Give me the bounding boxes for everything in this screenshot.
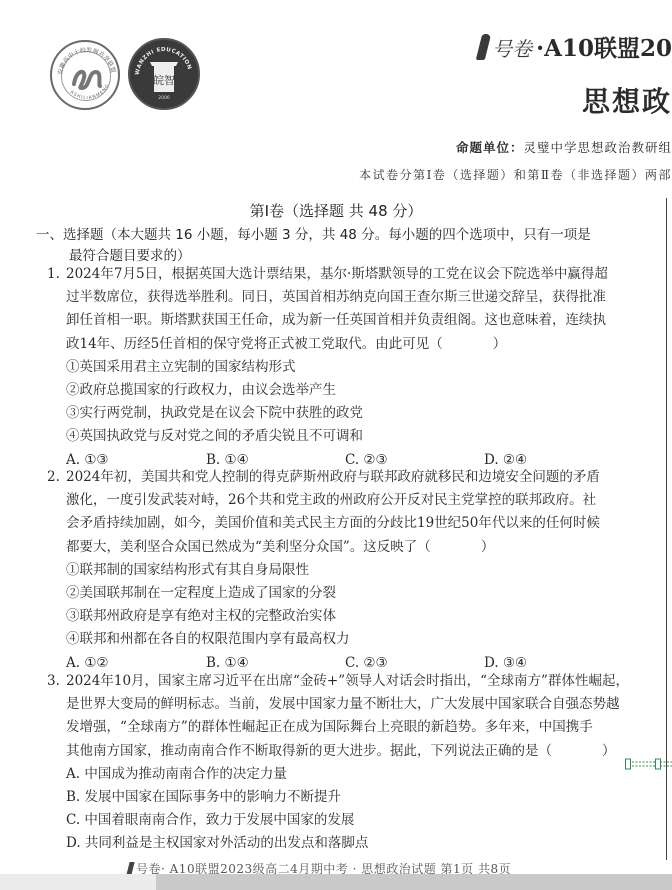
- svg-text:皖智: 皖智: [153, 73, 175, 87]
- statement-2: ②政府总揽国家的行政权力，由议会选举产生: [66, 379, 627, 402]
- svg-text:安徽高中十校发展共享联盟: 安徽高中十校发展共享联盟: [56, 46, 118, 76]
- statement-1: ①联邦制的国家结构形式有其自身局限性: [66, 559, 627, 582]
- question-text-line: 是世界大变局的鲜明标志。当前，发展中国家力量不断壮大，广大发展中国家联合自强态势…: [66, 693, 627, 716]
- setter-unit: 命题单位：灵璧中学思想政治教研组: [456, 138, 672, 156]
- paper-structure-note: 本试卷分第Ⅰ卷（选择题）和第Ⅱ卷（非选择题）两部: [359, 166, 672, 183]
- resize-handle-icon[interactable]: [625, 758, 672, 770]
- close-paren: ）: [481, 539, 495, 555]
- question-text-line: 会矛盾持续加剧，如今，美国价值和美式民主方面的分歧比19世纪50年代以来的任何时…: [66, 512, 627, 535]
- bottom-bar-left: [0, 874, 156, 890]
- statement-4: ④英国执政党与反对党之间的矛盾尖锐且不可调和: [66, 425, 627, 448]
- close-paren: ）: [493, 336, 507, 352]
- question-stem-end: 政14年、历经5任首相的保守党将正式被工党取代。由此可见（: [66, 336, 443, 352]
- horizontal-scrollbar[interactable]: [156, 874, 672, 890]
- statement-3: ③联邦州政府是享有绝对主权的完整政治实体: [66, 605, 627, 628]
- statement-3: ③实行两党制，执政党是在议会下院中获胜的政党: [66, 402, 627, 425]
- setter-unit-label: 命题单位：: [456, 140, 524, 155]
- question-text-line: 2024年初，美国共和党人控制的得克萨斯州政府与联邦政府就移民和边境安全问题的矛…: [66, 466, 627, 489]
- question-number: 2.: [47, 466, 60, 489]
- question-2: 2. 2024年初，美国共和党人控制的得克萨斯州政府与联邦政府就移民和边境安全问…: [47, 466, 627, 675]
- svg-text:2006: 2006: [158, 95, 170, 101]
- question-number: 1.: [47, 263, 60, 286]
- question-text-line: 2024年7月5日，根据英国大选计票结果，基尔·斯塔默领导的工党在议会下院选举中…: [66, 263, 627, 286]
- option-d[interactable]: D. 共同利益是主权国家对外活动的出发点和落脚点: [66, 832, 627, 855]
- instructions-line-1: 一、选择题（本大题共 16 小题，每小题 3 分，共 48 分。每小题的四个选项…: [36, 227, 591, 243]
- option-a[interactable]: A. 中国成为推动南南合作的决定力量: [66, 763, 627, 786]
- option-b[interactable]: B. 发展中国家在国际事务中的影响力不断提升: [66, 786, 627, 809]
- section-instructions: 一、选择题（本大题共 16 小题，每小题 3 分，共 48 分。每小题的四个选项…: [36, 225, 626, 267]
- question-text-line: 都要大，美利坚合众国已然成为“美利坚分众国”。这反映了（）: [66, 536, 627, 559]
- question-1: 1. 2024年7月5日，根据英国大选计票结果，基尔·斯塔默领导的工党在议会下院…: [47, 263, 627, 472]
- brand-title-text: ·A10联盟20: [536, 35, 672, 62]
- statement-2: ②美国联邦制在一定程度上造成了国家的分裂: [66, 582, 627, 605]
- wanzhi-emblem-icon: WANZHI EDUCATION 皖智 2006: [130, 40, 198, 108]
- volume-title: 第Ⅰ卷（选择题 共 48 分）: [0, 200, 672, 221]
- alliance-logo: 安徽高中十校发展共享联盟 ASHILIANMENG: [50, 40, 120, 110]
- statement-4: ④联邦和州都在各自的权限范围内享有最高权力: [66, 628, 627, 651]
- close-paren: ）: [602, 743, 616, 759]
- question-text-line: 过半数席位，获得选举胜利。同日，英国首相苏纳克向国王查尔斯三世递交辞呈，获得批准: [66, 286, 627, 309]
- alliance-emblem-icon: 安徽高中十校发展共享联盟 ASHILIANMENG: [52, 42, 122, 112]
- question-3: 3. 2024年10月，国家主席习近平在出席“金砖+”领导人对话会时指出，“全球…: [47, 670, 627, 856]
- question-stem-end: 都要大，美利坚合众国已然成为“美利坚分众国”。这反映了（: [66, 539, 431, 555]
- option-c[interactable]: C. 中国着眼南南合作，致力于发展中国家的发展: [66, 809, 627, 832]
- question-text-line: 卸任首相一职。斯塔默获国王任命，成为新一任英国首相并负责组阁。这也意味着，连续执: [66, 309, 627, 332]
- brand-script: 号卷: [492, 37, 532, 61]
- question-text-line: 激化，一度引发武装对峙，26个共和党主政的州政府公开反对民主党掌控的联邦政府。社: [66, 489, 627, 512]
- brand-brush-icon: [476, 34, 491, 60]
- exam-brand-title: 号卷·A10联盟20: [479, 30, 672, 63]
- statement-1: ①英国采用君主立宪制的国家结构形式: [66, 356, 627, 379]
- question-text-line: 其他南方国家，推动南南合作不断取得新的更大进步。据此，下列说法正确的是（）: [66, 740, 627, 763]
- question-text-line: 政14年、历经5任首相的保守党将正式被工党取代。由此可见（）: [66, 333, 627, 356]
- question-text-line: 2024年10月，国家主席习近平在出席“金砖+”领导人对话会时指出，“全球南方”…: [66, 670, 627, 693]
- setter-unit-value: 灵璧中学思想政治教研组: [523, 140, 672, 155]
- question-text-line: 发增强，“全球南方”的群体性崛起正在成为国际舞台上亮眼的新趋势。多年来，中国携手: [66, 716, 627, 739]
- question-stem-end: 其他南方国家，推动南南合作不断取得新的更大进步。据此，下列说法正确的是（: [66, 743, 552, 759]
- subject-title: 思想政: [582, 80, 672, 120]
- question-number: 3.: [47, 670, 60, 693]
- wanzhi-logo: WANZHI EDUCATION 皖智 2006: [128, 38, 200, 110]
